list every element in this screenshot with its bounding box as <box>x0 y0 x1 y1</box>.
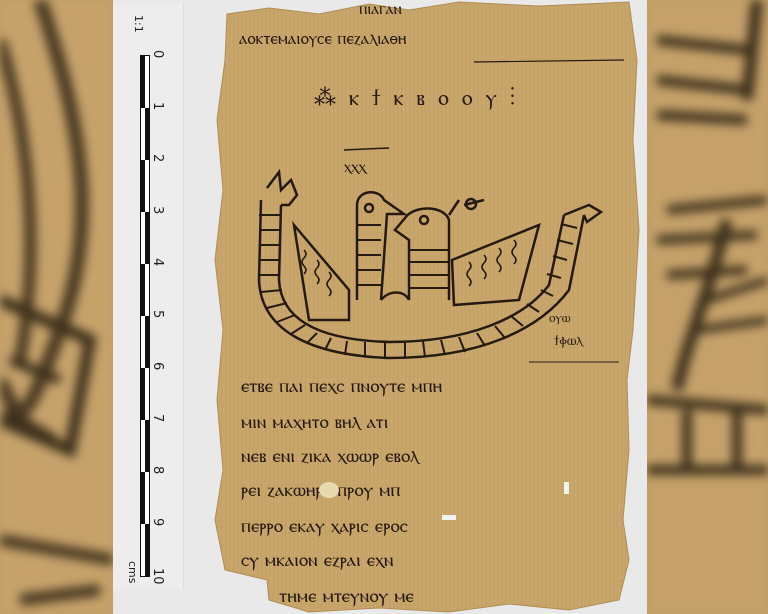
blurred-papyrus-detail-left <box>0 0 113 614</box>
scale-segment <box>145 108 149 160</box>
papyrus-photograph: 1:1 0 1 2 3 4 5 6 7 8 9 10 cms <box>113 0 647 614</box>
scale-segment <box>145 316 149 368</box>
papyrus-hole <box>442 515 456 520</box>
blurred-background-left <box>0 0 113 614</box>
drawing-label: ⲭⲭⲭ <box>344 157 368 176</box>
text-line: ⲉⲧⲃⲉ ⲡⲁⲓ ⲡⲉⲭⲥ ⲡⲛⲟⲩⲧⲉ ⲙⲡⲏ <box>241 375 443 397</box>
text-line: ⲥⲩ ⲙⲕⲁⲓⲟⲛ ⲉⲍⲣⲁⲓ ⲉⲭⲛ <box>241 549 394 571</box>
text-line: ⲙⲓⲛ ⲙⲁⲭⲏⲧⲟ ⲃⲏⲗ ⲁⲧⲓ <box>241 411 388 433</box>
scale-segment <box>141 264 145 316</box>
scale-tick-0: 0 <box>150 50 165 58</box>
scale-segment <box>145 212 149 264</box>
scale-segment <box>145 420 149 472</box>
scale-segment <box>141 160 145 212</box>
side-note-line-1: ϯⲫⲱⲗ <box>554 333 584 349</box>
papyrus-damage <box>319 482 339 498</box>
scale-segment <box>141 368 145 420</box>
text-line: ⲛⲉⲃ ⲉⲛⲓ ⲍⲓⲕⲁ ⲭⲱⲱⲣ ⲉⲃⲟⲗ <box>241 445 421 467</box>
text-line-0: ⲡⲓⲁⲅⲁⲛ <box>359 0 402 18</box>
scale-tick-3: 3 <box>150 206 165 214</box>
scale-tick-8: 8 <box>150 466 165 474</box>
text-line: ⲡⲉⲣⲣⲟ ⲉⲕⲁⲩ ⲭⲁⲣⲓⲥ ⲉⲣⲟⲥ <box>241 515 408 537</box>
scale-bar-card: 1:1 0 1 2 3 4 5 6 7 8 9 10 cms <box>113 3 184 589</box>
scale-tick-1: 1 <box>150 102 165 110</box>
scale-segment <box>141 56 145 108</box>
scale-tick-7: 7 <box>150 414 165 422</box>
scale-tick-6: 6 <box>150 362 165 370</box>
side-note-line-0: ⲟⲩⲱ <box>549 311 571 326</box>
scale-ratio-label: 1:1 <box>132 15 145 33</box>
papyrus-sheet: ⲡⲓⲁⲅⲁⲛ ⲁⲟⲕⲧⲉⲙⲁⲓⲟⲩⲥⲉ ⲡⲉⲍⲁⲗⲓⲁⲑⲏ ⁂ ⲕ ϯ ⲕ ⲃ … <box>209 0 644 614</box>
scale-tick-4: 4 <box>150 258 165 266</box>
text-line-1: ⲁⲟⲕⲧⲉⲙⲁⲓⲟⲩⲥⲉ ⲡⲉⲍⲁⲗⲓⲁⲑⲏ <box>239 29 407 49</box>
magical-characters: ⁂ ⲕ ϯ ⲕ ⲃ ⲟ ⲟ ⲩ ⁝ <box>314 86 518 111</box>
blurred-papyrus-detail-right <box>647 0 768 614</box>
scale-bar <box>140 55 150 577</box>
scale-tick-5: 5 <box>150 310 165 318</box>
scale-tick-10: 10 <box>150 568 165 585</box>
scale-segment <box>145 524 149 576</box>
scale-tick-9: 9 <box>150 518 165 526</box>
scale-unit-label: cms <box>126 561 139 584</box>
papyrus-hole <box>564 482 569 494</box>
scale-segment <box>141 472 145 524</box>
papyrus-fragment: ⲡⲓⲁⲅⲁⲛ ⲁⲟⲕⲧⲉⲙⲁⲓⲟⲩⲥⲉ ⲡⲉⲍⲁⲗⲓⲁⲑⲏ ⁂ ⲕ ϯ ⲕ ⲃ … <box>209 0 644 614</box>
blurred-background-right <box>647 0 768 614</box>
scale-tick-2: 2 <box>150 154 165 162</box>
text-line: ⲧⲏⲙⲉ ⲙⲧⲉⲩⲛⲟⲩ ⲙⲉ <box>279 585 414 607</box>
